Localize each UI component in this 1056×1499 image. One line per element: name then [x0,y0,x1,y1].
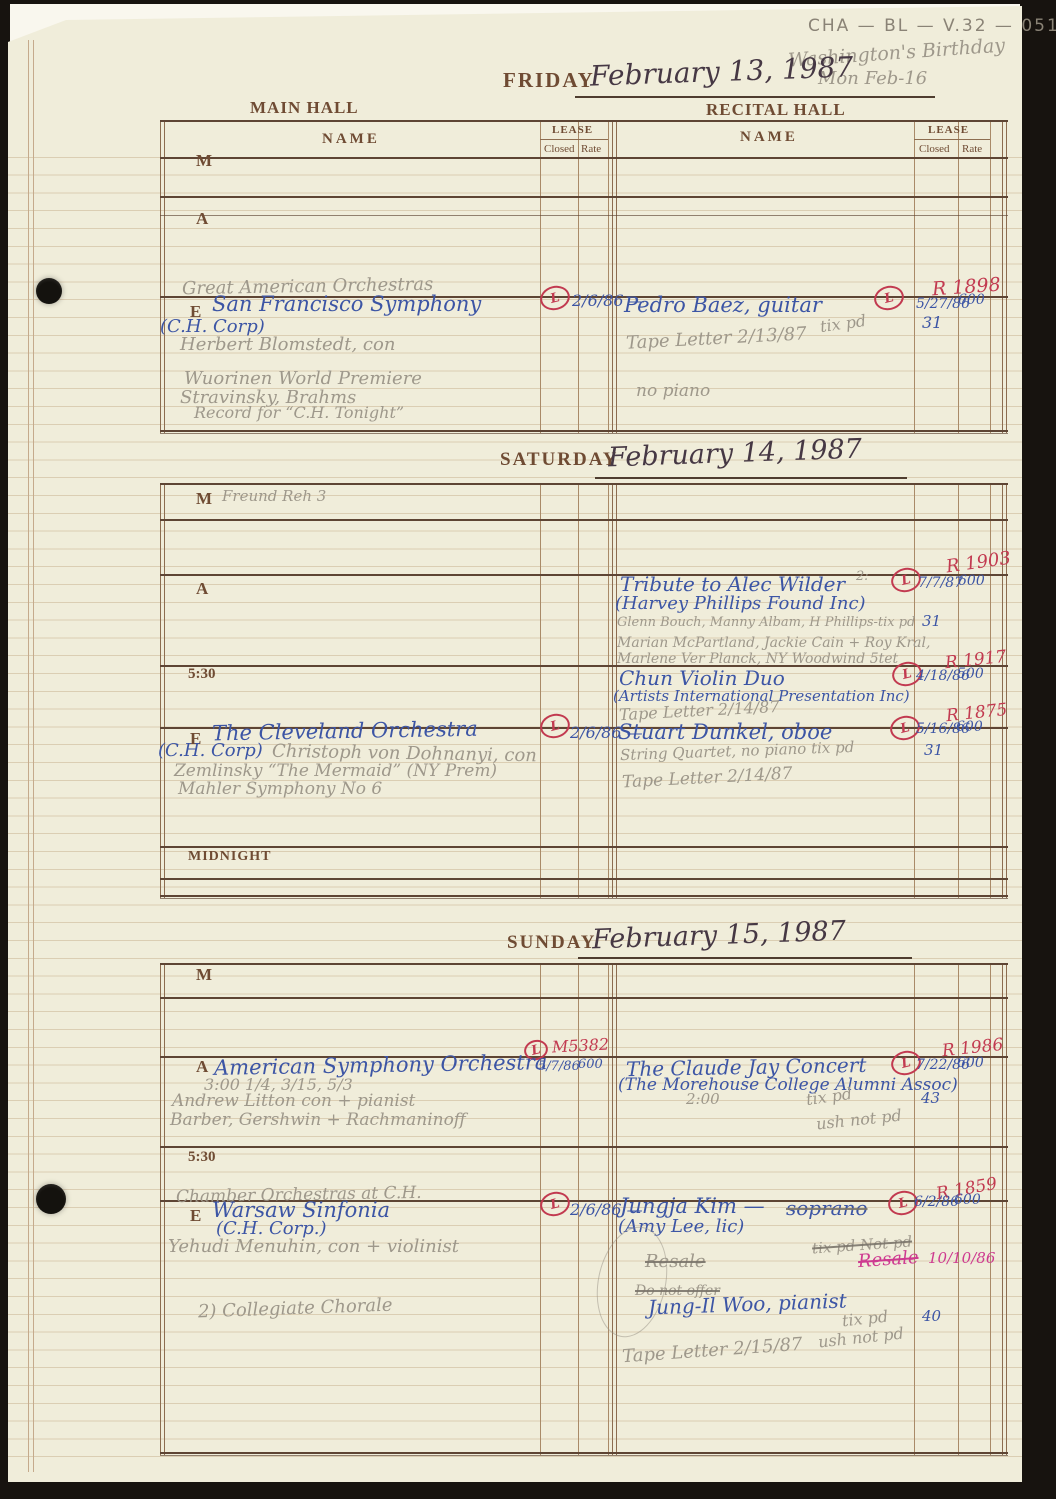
entry-rate: 600 [956,720,983,734]
lease-circle-letter: L [897,1196,909,1211]
entry-count: 31 [922,614,941,629]
entry-count: 40 [922,1309,941,1324]
sunday-day-label: SUNDAY [507,933,596,952]
entry-program: Zemlinsky “The Mermaid” (NY Prem) [174,763,497,780]
entry-conductor: Yehudi Menuhin, con + violinist [168,1238,459,1256]
row-label-afternoon: A [196,580,208,597]
lease-subheader-rule [540,139,608,140]
ledger-page: CHA — BL — V.32 — 051 Washington's Birth… [0,0,1056,1499]
entry-rate: 500 [957,667,984,681]
entry-artists: Glenn Bouch, Manny Albam, H Phillips-tix… [617,616,915,629]
margin-line [28,40,29,1472]
table-rule [160,574,1008,576]
table-rule [160,997,1008,999]
table-rule [160,120,1008,122]
table-rule [160,1146,1008,1148]
entry-name: Jungja Kim — [620,1196,765,1217]
entry-artists: Marlene Ver Planck, NY Woodwind 5tet [617,652,898,666]
row-label-530: 5:30 [188,1150,216,1165]
table-rule [160,846,1008,848]
name-column-header-recital: NAME [740,130,798,145]
date-underline [575,96,935,98]
entry-org: (C.H. Corp) [158,742,263,760]
entry-artist: Jung-Il Woo, pianist [648,1291,847,1318]
entry-rate: 600 [958,293,985,307]
lease-circle-letter: L [900,573,912,588]
table-rule [160,519,1008,521]
entry-name: San Francisco Symphony [212,294,481,315]
lease-circle-letter: L [549,719,561,734]
lease-circle-letter: L [899,721,911,736]
entry-rate: 600 [578,1058,603,1071]
entry-name: Pedro Baez, guitar [624,295,822,316]
row-label-evening: E [190,1207,201,1224]
row-label-midnight: MIDNIGHT [188,850,271,864]
row-label-morning: M [196,966,212,983]
entry-rate: 600 [954,1193,981,1207]
struck-resale-note: Resale [645,1253,706,1271]
table-rule [160,215,1008,216]
entry-program: Barber, Gershwin + Rachmaninoff [170,1112,466,1129]
punch-hole [36,1184,66,1214]
table-rule [160,1455,1008,1456]
lease-circle-letter: L [883,291,895,306]
entry-program: Record for “C.H. Tonight” [194,405,404,421]
name-column-header-main: NAME [322,132,380,147]
date-underline [578,957,912,959]
entry-closed-date: 6/2/86 [914,1195,959,1209]
entry-rate: 600 [958,574,985,588]
piano-note: no piano [636,383,710,400]
entry-org: (Harvey Phillips Found Inc) [615,595,866,613]
row-label-morning: M [196,490,212,507]
catalog-code: CHA — BL — V.32 — 051 [808,18,1056,35]
rate-column-header-main: Rate [581,144,601,155]
lease-circle-letter: L [549,1197,561,1212]
rate-column-header-recital: Rate [962,144,982,155]
recital-hall-label: RECITAL HALL [706,101,846,118]
row-label-afternoon: A [196,1058,208,1075]
row-label-morning: M [196,152,212,169]
main-hall-label: MAIN HALL [250,99,359,116]
morning-note: Freund Reh 3 [222,489,326,504]
entry-closed-date: 5/7/86 [538,1060,580,1073]
entry-count: 31 [924,743,943,758]
lease-circle-letter: L [549,291,561,306]
table-rule [160,157,1008,159]
margin-line [33,40,34,1472]
entry-count: 31 [922,315,942,331]
entry-count: 43 [921,1091,940,1106]
entry-artists: Marian McPartland, Jackie Cain + Roy Kra… [617,636,930,650]
entry-conductor: Andrew Litton con + pianist [172,1093,415,1110]
resale-struck: Resale [857,1249,919,1271]
punch-hole [36,278,62,304]
entry-time: 2:00 [686,1092,720,1107]
entry-program: Mahler Symphony No 6 [178,781,382,798]
entry-name-struck: soprano [786,1198,868,1218]
table-rule [160,878,1008,880]
entry-name: Tribute to Alec Wilder [620,574,845,594]
friday-day-label: FRIDAY [503,70,595,91]
lease-column-header-main: LEASE [552,125,593,136]
entry-closed-date: 7/7/87 [918,576,963,590]
resale-date: 10/10/86 [928,1251,995,1266]
table-rule [160,433,1008,434]
closed-column-header-recital: Closed [919,144,950,155]
table-rule [160,895,1008,897]
table-rule [160,898,1008,899]
entry-name-note: 2: [856,570,869,583]
date-underline [595,477,907,479]
lease-subheader-rule [914,139,990,140]
entry-rate: 600 [957,1056,984,1070]
table-rule [160,963,1008,965]
row-label-530: 5:30 [188,667,216,682]
table-rule [160,196,1008,198]
row-label-afternoon: A [196,210,208,227]
entry-name: Chun Violin Duo [619,668,785,688]
saturday-day-label: SATURDAY [500,450,618,469]
closed-column-header-main: Closed [544,144,575,155]
lease-circle-letter: L [901,667,913,682]
lease-number: M5382 [552,1037,610,1056]
table-rule [160,1452,1008,1454]
table-rule [160,430,1008,432]
lease-column-header-recital: LEASE [928,125,969,136]
lease-circle-letter: L [900,1056,912,1071]
entry-conductor: Herbert Blomstedt, con [180,336,395,354]
table-rule [160,483,1008,485]
entry-program: Wuorinen World Premiere [184,370,422,388]
entry-org: (The Morehouse College Alumni Assoc) [618,1077,958,1094]
